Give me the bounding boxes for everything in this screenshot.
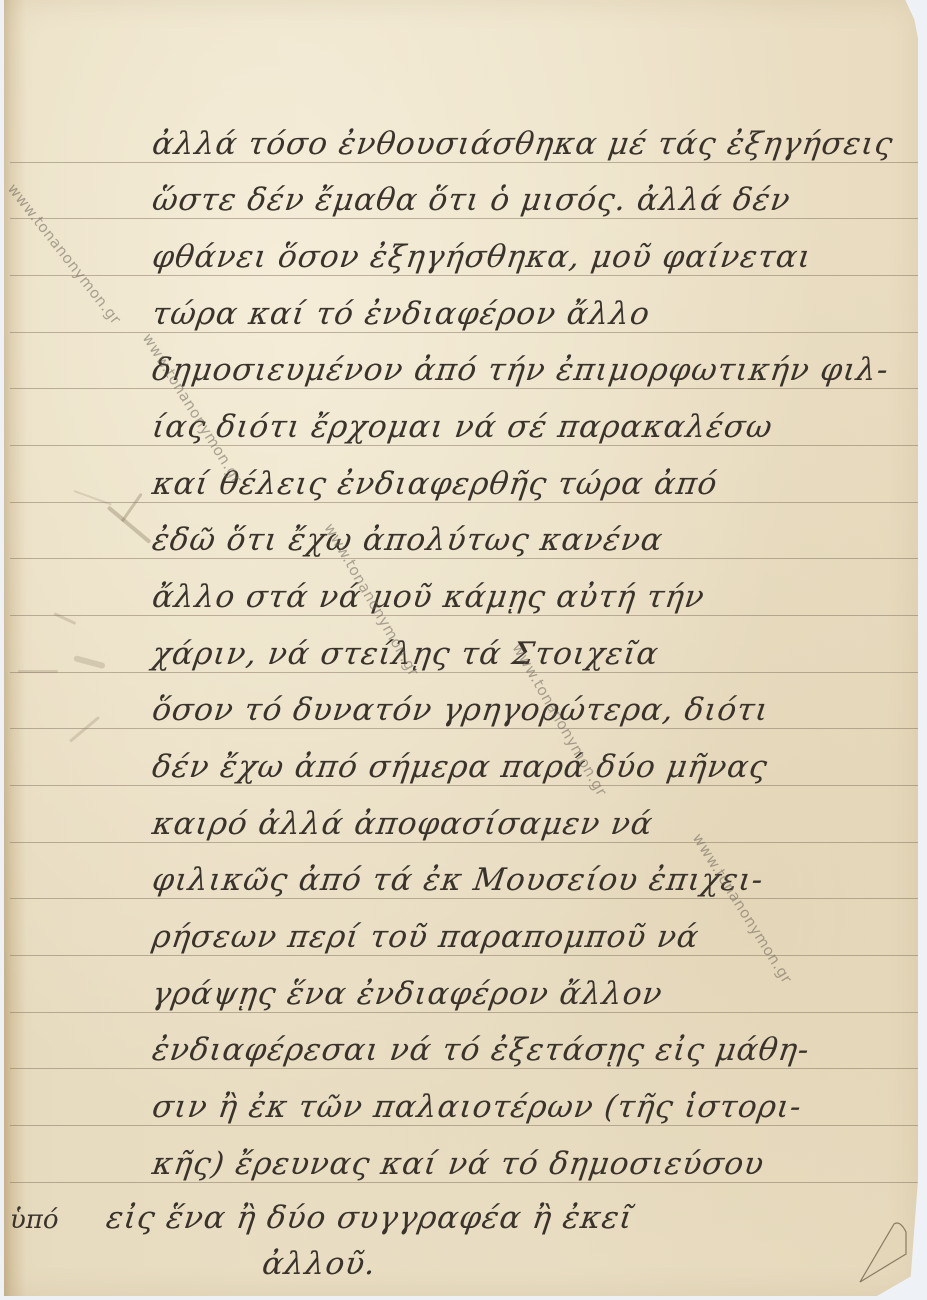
- ink-stain: [69, 716, 100, 743]
- ruled-line: [10, 785, 918, 786]
- ruled-line: [10, 445, 918, 446]
- margin-note: ὑπό: [10, 1205, 59, 1235]
- watermark: www.tonanonymon.gr: [4, 180, 125, 328]
- handwritten-line: γράψῃς ἕνα ἐνδιαφέρον ἄλλον: [150, 976, 665, 1012]
- ruled-line: [10, 332, 918, 333]
- ruled-line: [10, 388, 918, 389]
- handwritten-line: καιρό ἀλλά ἀποφασίσαμεν νά: [150, 806, 656, 842]
- handwritten-line: φθάνει ὅσον ἐξηγήσθηκα, μοῦ φαίνεται: [150, 239, 814, 275]
- handwritten-line: ἄλλο στά νά μοῦ κάμῃς αὐτή τήν: [150, 579, 707, 615]
- ruled-line: [10, 728, 918, 729]
- ruled-line: [10, 502, 918, 503]
- handwritten-line: σιν ἢ ἐκ τῶν παλαιοτέρων (τῆς ἱστορι-: [150, 1089, 804, 1125]
- handwritten-line: εἰς ἕνα ἢ δύο συγγραφέα ἢ ἐκεῖ: [104, 1200, 635, 1236]
- folded-corner: [848, 1214, 908, 1284]
- handwritten-line: τώρα καί τό ἐνδιαφέρον ἄλλο: [150, 296, 652, 332]
- ruled-line: [10, 842, 918, 843]
- letter-page: ἀλλά τόσο ἐνθουσιάσθηκα μέ τάς ἐξηγήσεις…: [4, 0, 918, 1296]
- handwritten-line: ὅσον τό δυνατόν γρηγορώτερα, διότι: [150, 692, 771, 728]
- ink-stain: [18, 670, 58, 673]
- handwritten-line: ἀλλοῦ.: [260, 1246, 379, 1282]
- handwritten-line: ὥστε δέν ἔμαθα ὅτι ὁ μισός. ἀλλά δέν: [150, 182, 793, 218]
- ruled-line: [10, 218, 918, 219]
- handwritten-line: δημοσιευμένον ἀπό τήν ἐπιμορφωτικήν φιλ-: [150, 352, 891, 388]
- handwritten-line: φιλικῶς ἀπό τά ἐκ Μουσείου ἐπιχει-: [150, 862, 766, 898]
- ink-stain: [74, 490, 112, 506]
- handwritten-line: κῆς) ἔρευνας καί νά τό δημοσιεύσου: [150, 1146, 767, 1182]
- ruled-line: [10, 275, 918, 276]
- handwritten-line: δέν ἔχω ἀπό σήμερα παρά δύο μῆνας: [150, 749, 770, 785]
- handwritten-line: ἐνδιαφέρεσαι νά τό ἐξετάσῃς εἰς μάθη-: [150, 1032, 812, 1068]
- ruled-line: [10, 1125, 918, 1126]
- ruled-line: [10, 1012, 918, 1013]
- handwritten-line: ἀλλά τόσο ἐνθουσιάσθηκα μέ τάς ἐξηγήσεις: [150, 126, 896, 162]
- ink-stain: [73, 655, 105, 669]
- handwritten-line: ρήσεων περί τοῦ παραπομποῦ νά: [150, 919, 702, 955]
- ruled-line: [10, 672, 918, 673]
- handwritten-line: ἐδῶ ὅτι ἔχω ἀπολύτως κανένα: [150, 522, 665, 558]
- ruled-line: [10, 558, 918, 559]
- handwritten-line: ίας διότι ἔρχομαι νά σέ παρακαλέσω: [150, 409, 775, 445]
- ruled-line: [10, 898, 918, 899]
- ink-stain: [121, 493, 143, 523]
- ruled-line: [10, 162, 918, 163]
- ruled-line: [10, 615, 918, 616]
- ruled-line: [10, 1068, 918, 1069]
- watermark: www.tonanonymon.gr: [689, 830, 796, 987]
- ruled-line: [10, 1182, 918, 1183]
